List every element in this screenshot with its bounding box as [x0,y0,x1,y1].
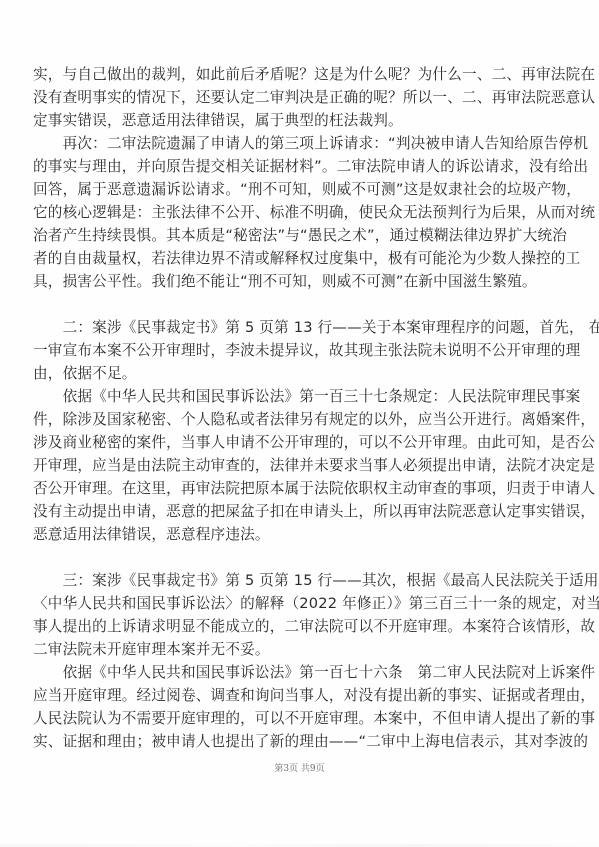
text-line: 回答，属于恶意遗漏诉讼请求。“刑不可知，则威不可测”这是奴隶社会的垃圾产物， [33,180,553,200]
text-line: 者的自由裁量权，若法律边界不清或解释权过度集中，极有可能沦为少数人操控的工 [33,249,553,269]
text-line: 再次：二审法院遗漏了申请人的第三项上诉请求：“判决被申请人告知给原告停机 [33,134,553,154]
text-line: 恶意适用法律错误，恶意程序违法。 [33,525,553,545]
text-line: 〈中华人民共和国民事诉讼法〉的解释（2022 年修正）》第三百三十一条的规定，对… [33,594,553,614]
text-line: 人民法院认为不需要开庭审理的，可以不开庭审理。本案中，不但申请人提出了新的事 [33,709,553,729]
text-line: 否公开审理。在这里，再审法院把原本属于法院依职权主动审查的事项，归责于申请人 [33,479,553,499]
text-line: 应当开庭审理。经过阅卷、调查和询问当事人，对没有提出新的事实、证据或者理由， [33,686,553,706]
text-line: 的事实与理由，并向原告提交相关证据材料”。二审法院申请人的诉讼请求，没有给出 [33,157,553,177]
text-line: 它的核心逻辑是：主张法律不公开、标准不明确，使民众无法预判行为后果，从而对统 [33,203,553,223]
text-line: 开审理，应当是由法院主动审查的，法律并未要求当事人必须提出申请，法院才决定是 [33,456,553,476]
text-line: 依据《中华人民共和国民事诉讼法》第一百七十六条 第二审人民法院对上诉案件 [33,663,553,683]
text-line: 具，损害公平性。我们绝不能让“刑不可知，则威不可测”在新中国滋生繁殖。 [33,272,553,292]
text-line: 依据《中华人民共和国民事诉讼法》第一百三十七条规定：人民法院审理民事案 [33,387,553,407]
text-line: 由，依据不足。 [33,364,553,384]
text-line: 实，与自己做出的裁判，如此前后矛盾呢？这是为什么呢？为什么一、二、再审法院在 [33,65,553,85]
text-line: 一审宣布本案不公开审理时，李波未提异议，故其现主张法院未说明不公开审理的理 [33,341,553,361]
text-line: 二审法院未开庭审理本案并无不妥。 [33,640,553,660]
text-line: 事人提出的上诉请求明显不能成立的，二审法院可以不开庭审理。本案符合该情形，故 [33,617,553,637]
text-line: 件，除涉及国家秘密、个人隐私或者法律另有规定的以外，应当公开进行。离婚案件， [33,410,553,430]
text-line: 没有主动提出申请，恶意的把屎盆子扣在申请头上，所以再审法院恶意认定事实错误， [33,502,553,522]
text-line: 二：案涉《民事裁定书》第 5 页第 13 行——关于本案审理程序的问题，首先， … [33,318,553,338]
text-line: 三：案涉《民事裁定书》第 5 页第 15 行——其次，根据《最高人民法院关于适用 [33,571,553,591]
text-line: 治者产生持续畏惧。其本质是“秘密法”与“愚民之术”，通过模糊法律边界扩大统治 [33,226,553,246]
text-line: 实、证据和理由；被申请人也提出了新的理由——“二审中上海电信表示，其对李波的 [33,732,553,752]
document-page: 实，与自己做出的裁判，如此前后矛盾呢？这是为什么呢？为什么一、二、再审法院在 没… [0,0,599,847]
text-line: 涉及商业秘密的案件，当事人申请不公开审理的，可以不公开审理。由此可知，是否公 [33,433,553,453]
text-line: 定事实错误，恶意适用法律错误，属于典型的枉法裁判。 [33,111,553,131]
text-line: 没有查明事实的情况下，还要认定二审判决是正确的呢？所以一、二、再审法院恶意认 [33,88,553,108]
page-indicator: 第3页 共9页 [0,761,599,774]
